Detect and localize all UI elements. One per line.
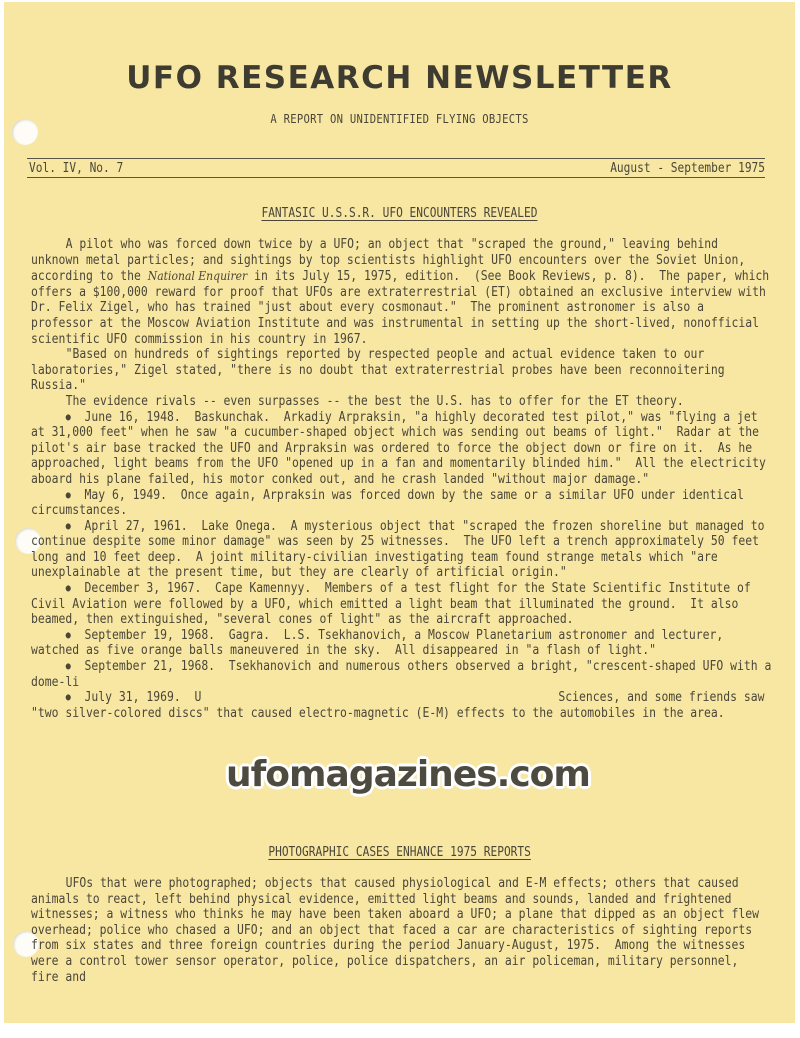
bullet-icon: ●: [66, 583, 71, 594]
masthead-subtitle: A REPORT ON UNIDENTIFIED FLYING OBJECTS: [51, 112, 747, 126]
bullet-icon: ●: [66, 692, 71, 703]
article-heading: FANTASIC U.S.S.R. UFO ENCOUNTERS REVEALE…: [4, 206, 795, 221]
paragraph: UFOs that were photographed; objects tha…: [31, 876, 771, 985]
bullet-item: ● July 31, 1969. U Sciences, and some fr…: [31, 690, 771, 721]
paragraph: A pilot who was forced down twice by a U…: [31, 237, 771, 347]
punch-hole: [12, 119, 38, 145]
paragraph: The evidence rivals -- even surpasses --…: [31, 394, 771, 410]
bullet-icon: ●: [66, 630, 71, 641]
bullet-item: ● April 27, 1961. Lake Onega. A mysterio…: [31, 519, 771, 581]
bullet-item: ● May 6, 1949. Once again, Arpraksin was…: [31, 488, 771, 519]
bullet-item: ● September 19, 1968. Gagra. L.S. Tsekha…: [31, 628, 771, 659]
newsletter-page: UFO RESEARCH NEWSLETTER A REPORT ON UNID…: [4, 2, 795, 1023]
article-heading: PHOTOGRAPHIC CASES ENHANCE 1975 REPORTS: [4, 845, 795, 860]
publication-name: National Enquirer: [148, 268, 247, 283]
masthead-title: UFO RESEARCH NEWSLETTER: [4, 60, 795, 96]
paragraph: "Based on hundreds of sightings reported…: [31, 347, 771, 394]
divider: [27, 177, 765, 178]
issue-date: August - September 1975: [610, 161, 765, 176]
bullet-icon: ●: [66, 412, 71, 423]
bullet-icon: ●: [66, 521, 71, 532]
bullet-item: ● September 21, 1968. Tsekhanovich and n…: [31, 659, 771, 690]
bullet-icon: ●: [66, 661, 71, 672]
article-heading-text: PHOTOGRAPHIC CASES ENHANCE 1975 REPORTS: [268, 845, 531, 860]
volume-number: Vol. IV, No. 7: [29, 161, 123, 176]
watermark: ufomagazines.com: [226, 754, 590, 795]
article-body: A pilot who was forced down twice by a U…: [31, 237, 771, 721]
divider: [27, 158, 765, 159]
article-body: UFOs that were photographed; objects tha…: [31, 876, 771, 985]
bullet-item: ● December 3, 1967. Cape Kamennyy. Membe…: [31, 581, 771, 628]
article-heading-text: FANTASIC U.S.S.R. UFO ENCOUNTERS REVEALE…: [262, 206, 538, 221]
bullet-item: ● June 16, 1948. Baskunchak. Arkadiy Arp…: [31, 410, 771, 488]
bullet-icon: ●: [66, 490, 71, 501]
